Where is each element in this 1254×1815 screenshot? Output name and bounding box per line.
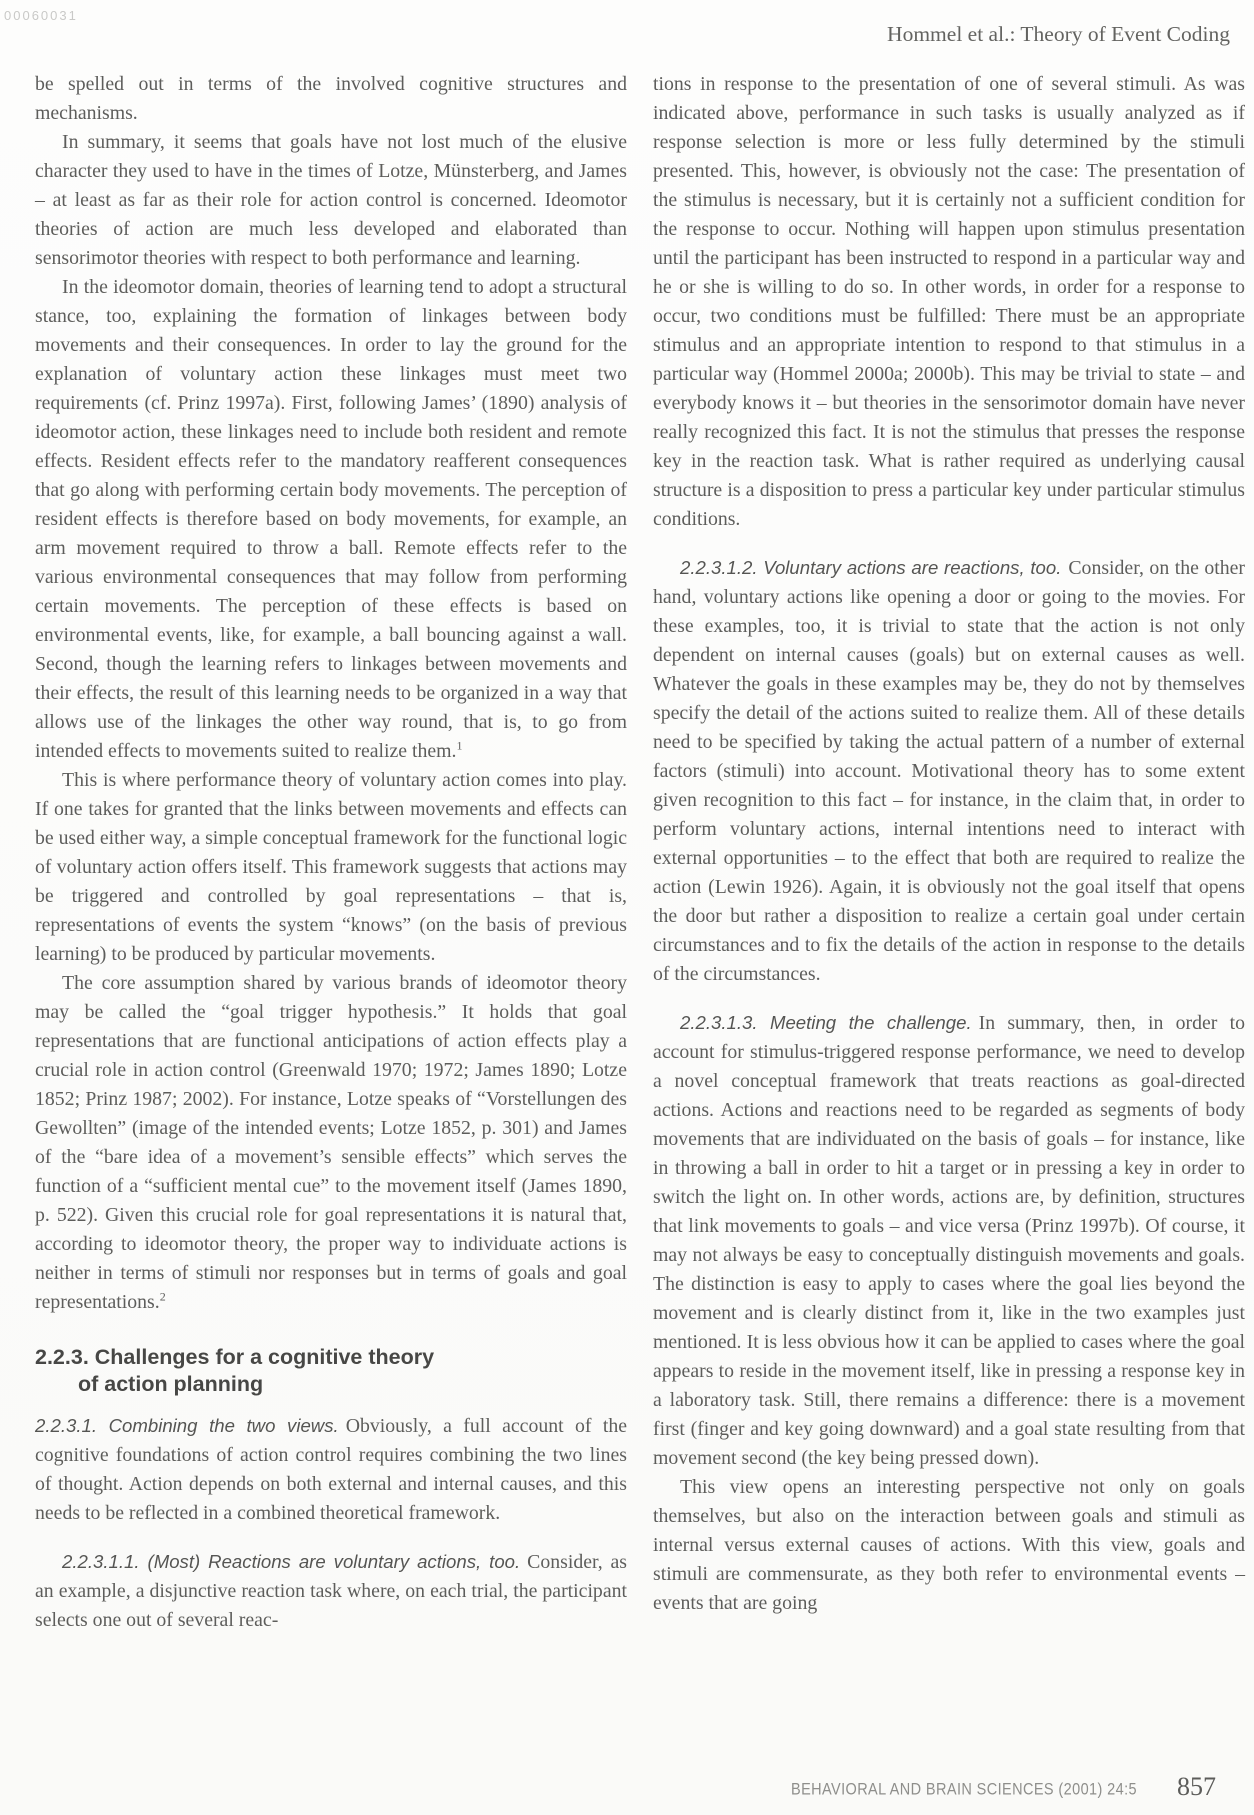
scan-stamp: 00060031 — [4, 8, 78, 23]
page-footer: BEHAVIORAL AND BRAIN SCIENCES (2001) 24:… — [791, 1772, 1216, 1802]
paragraph-text: tions in response to the presentation of… — [653, 73, 1245, 530]
runin-heading: 2.2.3.1.2. Voluntary actions are reactio… — [680, 557, 1061, 578]
paragraph: The core assumption shared by various br… — [35, 969, 627, 1317]
footnote-ref: 1 — [457, 738, 463, 752]
paragraph: be spelled out in terms of the involved … — [35, 70, 627, 128]
section-heading-line: of action planning — [35, 1371, 627, 1398]
runin-heading: 2.2.3.1.1. (Most) Reactions are voluntar… — [62, 1551, 520, 1572]
paragraph: 2.2.3.1. Combining the two views.Obvious… — [35, 1411, 627, 1528]
paragraph: 2.2.3.1.3. Meeting the challenge.In summ… — [653, 1008, 1245, 1473]
paragraph: 2.2.3.1.1. (Most) Reactions are voluntar… — [35, 1547, 627, 1635]
paragraph-text: In summary, it seems that goals have not… — [35, 131, 627, 269]
left-column: be spelled out in terms of the involved … — [35, 70, 627, 1635]
paragraph: In summary, it seems that goals have not… — [35, 128, 627, 273]
section-heading-line: 2.2.3. Challenges for a cognitive theory — [35, 1344, 627, 1371]
paragraph-text: In the ideomotor domain, theories of lea… — [35, 276, 627, 762]
paragraph-text: Consider, on the other hand, voluntary a… — [653, 557, 1245, 985]
paragraph-text: This is where performance theory of volu… — [35, 769, 627, 965]
running-head: Hommel et al.: Theory of Event Coding — [887, 22, 1230, 47]
paragraph: This view opens an interesting perspecti… — [653, 1473, 1245, 1618]
journal-page: 00060031 Hommel et al.: Theory of Event … — [0, 0, 1254, 1815]
section-heading: 2.2.3. Challenges for a cognitive theory… — [35, 1344, 627, 1398]
paragraph: 2.2.3.1.2. Voluntary actions are reactio… — [653, 553, 1245, 989]
footnote-ref: 2 — [160, 1289, 166, 1303]
paragraph-text: be spelled out in terms of the involved … — [35, 73, 627, 124]
paragraph: This is where performance theory of volu… — [35, 766, 627, 969]
journal-line: BEHAVIORAL AND BRAIN SCIENCES (2001) 24:… — [791, 1781, 1137, 1799]
paragraph: tions in response to the presentation of… — [653, 70, 1245, 534]
paragraph: In the ideomotor domain, theories of lea… — [35, 273, 627, 766]
paragraph-text: The core assumption shared by various br… — [35, 972, 627, 1313]
runin-heading: 2.2.3.1.3. Meeting the challenge. — [680, 1012, 972, 1033]
page-number: 857 — [1177, 1772, 1216, 1802]
runin-heading: 2.2.3.1. Combining the two views. — [35, 1415, 339, 1436]
paragraph-text: In summary, then, in order to account fo… — [653, 1012, 1245, 1469]
right-column: tions in response to the presentation of… — [653, 70, 1245, 1635]
two-column-text: be spelled out in terms of the involved … — [35, 70, 1245, 1635]
paragraph-text: This view opens an interesting perspecti… — [653, 1476, 1245, 1614]
